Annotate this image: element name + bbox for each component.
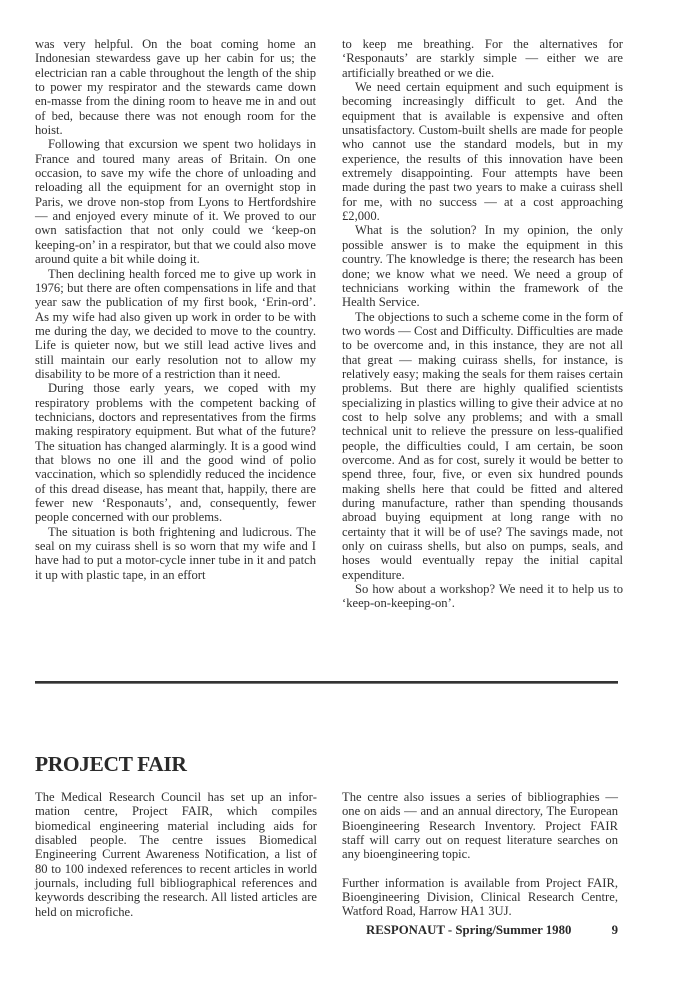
article-paragraph: The situation is both frightening and lu… <box>35 525 316 582</box>
project-fair-right-column: The centre also issues a series of bibli… <box>342 790 618 919</box>
article-paragraph: The objections to such a scheme come in … <box>342 310 623 583</box>
article-paragraph: to keep me breathing. For the alternativ… <box>342 37 623 80</box>
section-divider <box>35 681 618 684</box>
publication-title: RESPONAUT - Spring/Summer 1980 <box>366 923 571 938</box>
article-paragraph: We need certain equipment and such equip… <box>342 80 623 223</box>
article-paragraph: During those early years, we coped with … <box>35 381 316 524</box>
section-heading: PROJECT FAIR <box>35 752 187 776</box>
page-footer: RESPONAUT - Spring/Summer 1980 9 <box>366 923 618 938</box>
project-fair-contact-paragraph: Further information is available from Pr… <box>342 876 618 919</box>
article-left-column: was very helpful. On the boat coming hom… <box>35 37 316 582</box>
article-paragraph: Then declining health forced me to give … <box>35 267 316 382</box>
article-paragraph: Following that excursion we spent two ho… <box>35 137 316 266</box>
project-fair-paragraph: The centre also issues a series of bibli… <box>342 790 618 862</box>
project-fair-paragraph: The Medical Research Council has set up … <box>35 790 317 919</box>
article-paragraph: What is the solution? In my opinion, the… <box>342 223 623 309</box>
article-paragraph: was very helpful. On the boat coming hom… <box>35 37 316 137</box>
article-right-column: to keep me breathing. For the alternativ… <box>342 37 623 611</box>
page-number: 9 <box>612 923 618 938</box>
project-fair-left-column: The Medical Research Council has set up … <box>35 790 317 919</box>
article-paragraph: So how about a workshop? We need it to h… <box>342 582 623 611</box>
